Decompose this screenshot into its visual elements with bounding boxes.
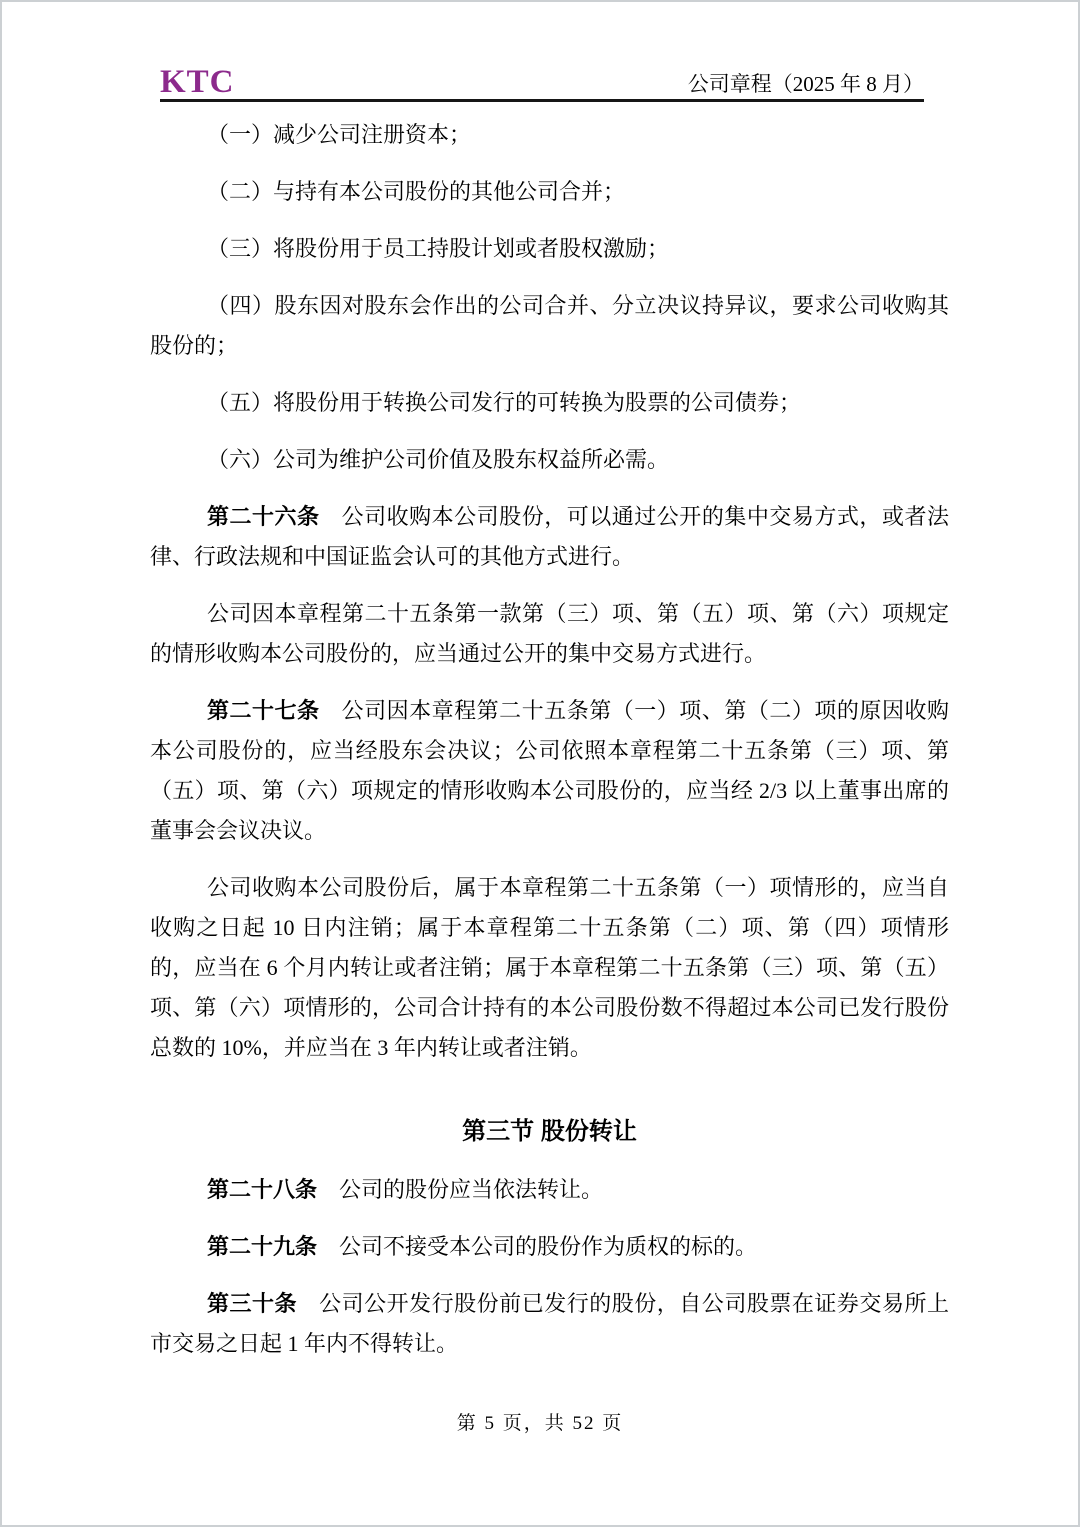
paragraph-text: 公司的股份应当依法转让。 — [339, 1177, 603, 1202]
paragraph: 第二十六条公司收购本公司股份，可以通过公开的集中交易方式，或者法律、行政法规和中… — [150, 497, 949, 577]
article-number-label: 第二十八条 — [207, 1177, 317, 1202]
paragraph-text: 公司因本章程第二十五条第一款第（三）项、第（五）项、第（六）项规定的情形收购本公… — [150, 601, 949, 666]
paragraph-text: （二）与持有本公司股份的其他公司合并； — [207, 179, 625, 204]
paragraph: 第三十条公司公开发行股份前已发行的股份，自公司股票在证券交易所上市交易之日起 1… — [150, 1284, 949, 1364]
paragraph-text: （一）减少公司注册资本； — [207, 122, 471, 147]
paragraph: 公司因本章程第二十五条第一款第（三）项、第（五）项、第（六）项规定的情形收购本公… — [150, 594, 949, 674]
article-number-label: 第二十九条 — [207, 1234, 317, 1259]
paragraph-text: 公司不接受本公司的股份作为质权的标的。 — [339, 1234, 757, 1259]
document-page: KTC 公司章程（2025 年 8 月） （一）减少公司注册资本；（二）与持有本… — [0, 0, 1080, 1527]
paragraph: 第二十八条公司的股份应当依法转让。 — [150, 1170, 949, 1210]
paragraph: （四）股东因对股东会作出的公司合并、分立决议持异议，要求公司收购其股份的； — [150, 286, 949, 366]
paragraph: （五）将股份用于转换公司发行的可转换为股票的公司债券； — [150, 383, 949, 423]
paragraph-text: （五）将股份用于转换公司发行的可转换为股票的公司债券； — [207, 390, 801, 415]
paragraph: （一）减少公司注册资本； — [150, 115, 949, 155]
paragraph-text: （四）股东因对股东会作出的公司合并、分立决议持异议，要求公司收购其股份的； — [150, 293, 949, 358]
page-footer: 第 5 页，共 52 页 — [2, 1410, 1078, 1438]
document-body: （一）减少公司注册资本；（二）与持有本公司股份的其他公司合并；（三）将股份用于员… — [150, 115, 949, 1381]
ktc-logo: KTC — [160, 67, 235, 97]
paragraph: （六）公司为维护公司价值及股东权益所必需。 — [150, 440, 949, 480]
paragraph: 公司收购本公司股份后，属于本章程第二十五条第（一）项情形的，应当自收购之日起 1… — [150, 868, 949, 1068]
section-heading: 第三节 股份转让 — [150, 1112, 949, 1152]
paragraph-text: （六）公司为维护公司价值及股东权益所必需。 — [207, 447, 669, 472]
article-number-label: 第三十条 — [207, 1291, 297, 1316]
paragraph: 第二十九条公司不接受本公司的股份作为质权的标的。 — [150, 1227, 949, 1267]
paragraph: 第二十七条公司因本章程第二十五条第（一）项、第（二）项的原因收购本公司股份的，应… — [150, 691, 949, 851]
article-number-label: 第二十六条 — [207, 504, 320, 529]
paragraph-text: 公司收购本公司股份后，属于本章程第二十五条第（一）项情形的，应当自收购之日起 1… — [150, 875, 949, 1060]
article-number-label: 第二十七条 — [207, 698, 320, 723]
paragraph-text: （三）将股份用于员工持股计划或者股权激励； — [207, 236, 669, 261]
paragraph: （二）与持有本公司股份的其他公司合并； — [150, 172, 949, 212]
paragraph: （三）将股份用于员工持股计划或者股权激励； — [150, 229, 949, 269]
page-header: KTC 公司章程（2025 年 8 月） — [160, 2, 924, 102]
page-number: 第 5 页，共 52 页 — [457, 1413, 624, 1434]
header-doc-title: 公司章程（2025 年 8 月） — [688, 71, 924, 97]
